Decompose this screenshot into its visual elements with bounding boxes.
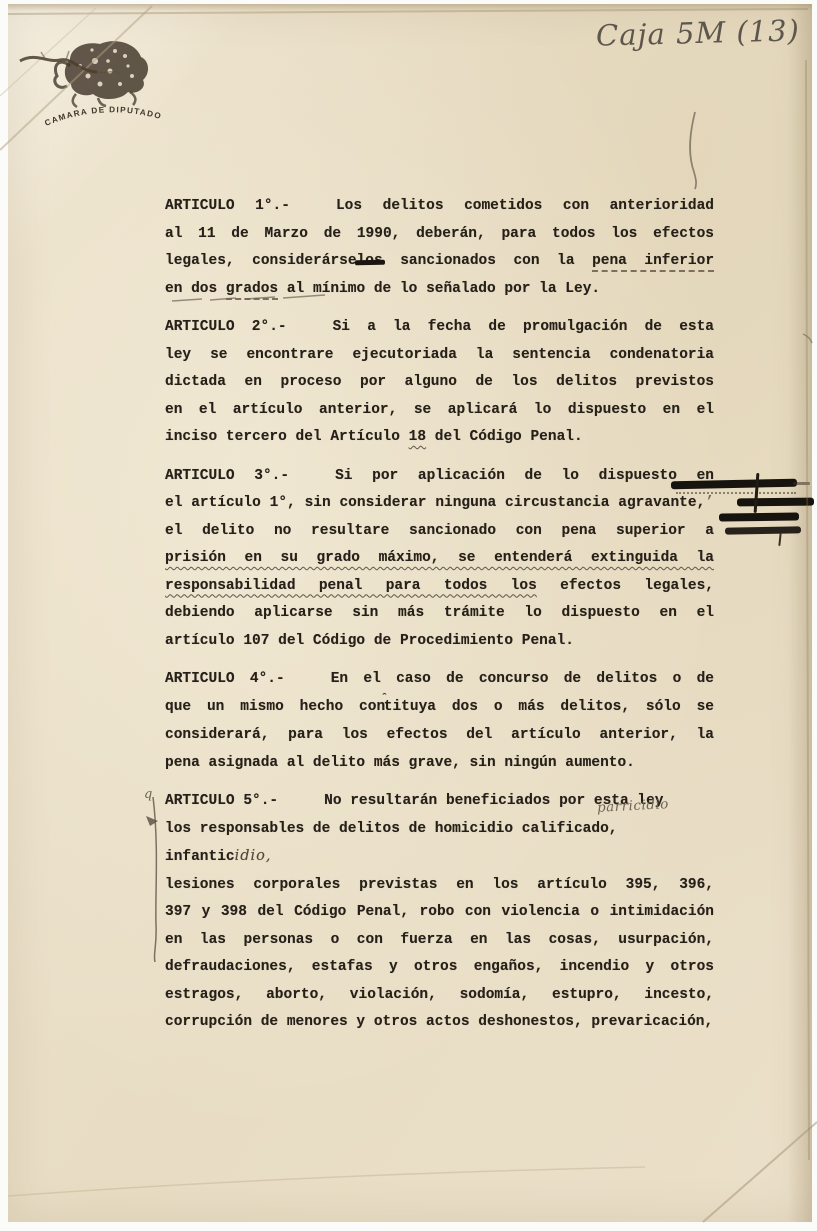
document-line: pena asignada al delito más grave, sin n… <box>165 750 714 778</box>
document-line: que un mismo hecho conˆtituya dos o más … <box>165 694 714 723</box>
redaction-mark <box>793 482 810 485</box>
document-line: dictada en proceso por alguno de los del… <box>165 369 714 397</box>
redaction-mark <box>725 526 801 534</box>
document-line: ARTICULO 1°.-Los delitos cometidos con a… <box>165 193 714 221</box>
redaction-mark <box>737 498 814 507</box>
paragraph-articulo-4: ARTICULO 4°.-En el caso de concurso de d… <box>165 666 714 777</box>
document-line: ley se encontrare ejecutoriada la senten… <box>165 342 714 370</box>
document-line: en las personas o con fuerza en las cosa… <box>165 927 714 955</box>
document-line: estragos, aborto, violación, sodomía, es… <box>165 982 714 1010</box>
document-line: el delito no resultare sancionado con pe… <box>165 518 714 546</box>
document-line: prisión en su grado máximo, se entenderá… <box>165 545 714 573</box>
paragraph-articulo-2: ARTICULO 2°.-Si a la fecha de promulgaci… <box>165 314 714 452</box>
document-line: al 11 de Marzo de 1990, deberán, para to… <box>165 221 714 249</box>
paragraph-articulo-3: ARTICULO 3°.-Si por aplicación de lo dis… <box>165 463 714 656</box>
document-line: en el artículo anterior, se aplicará lo … <box>165 397 714 425</box>
document-line: inciso tercero del Artículo 18 del Códig… <box>165 424 714 452</box>
document-line: ARTICULO 4°.-En el caso de concurso de d… <box>165 666 714 694</box>
redaction-mark <box>719 512 799 521</box>
document-line: responsabilidad penal para todos los efe… <box>165 573 714 601</box>
document-line: los responsables de delitos de homicidio… <box>165 816 714 872</box>
margin-mark: q <box>144 787 152 802</box>
stamp: CAMARA DE DIPUTADOS <box>40 36 220 141</box>
document-line: corrupción de menores y otros actos desh… <box>165 1009 714 1037</box>
scanned-page: { "page": { "paper_color": "#eadfc8", "i… <box>0 0 817 1231</box>
document-line: lesiones corporales previstas en los art… <box>165 872 714 900</box>
paragraph-articulo-1: ARTICULO 1°.-Los delitos cometidos con a… <box>165 193 714 303</box>
document-line: legales, considerárselos sancionados con… <box>165 248 714 276</box>
document-body: ARTICULO 1°.-Los delitos cometidos con a… <box>165 193 714 1048</box>
document-line: artículo 107 del Código de Procedimiento… <box>165 628 714 656</box>
document-line: debiendo aplicarse sin más trámite lo di… <box>165 600 714 628</box>
document-line: considerará, para los efectos del artícu… <box>165 722 714 750</box>
document-line: en dos grados al mínimo de lo señalado p… <box>165 276 714 304</box>
document-line: ARTICULO 2°.-Si a la fecha de promulgaci… <box>165 314 714 342</box>
paragraph-articulo-5: ARTICULO 5°.-No resultarán beneficiados … <box>165 788 714 1037</box>
document-line: defraudaciones, estafas y otros engaños,… <box>165 954 714 982</box>
chamber-coat-of-arms-icon <box>55 41 148 107</box>
redaction-mark <box>676 492 796 494</box>
document-line: 397 y 398 del Código Penal, robo con vio… <box>165 899 714 927</box>
document-line: el artículo 1°, sin considerar ninguna c… <box>165 490 714 518</box>
handwritten-box-label: Caja 5M (13) <box>596 13 801 52</box>
document-line: ARTICULO 3°.-Si por aplicación de lo dis… <box>165 463 714 491</box>
